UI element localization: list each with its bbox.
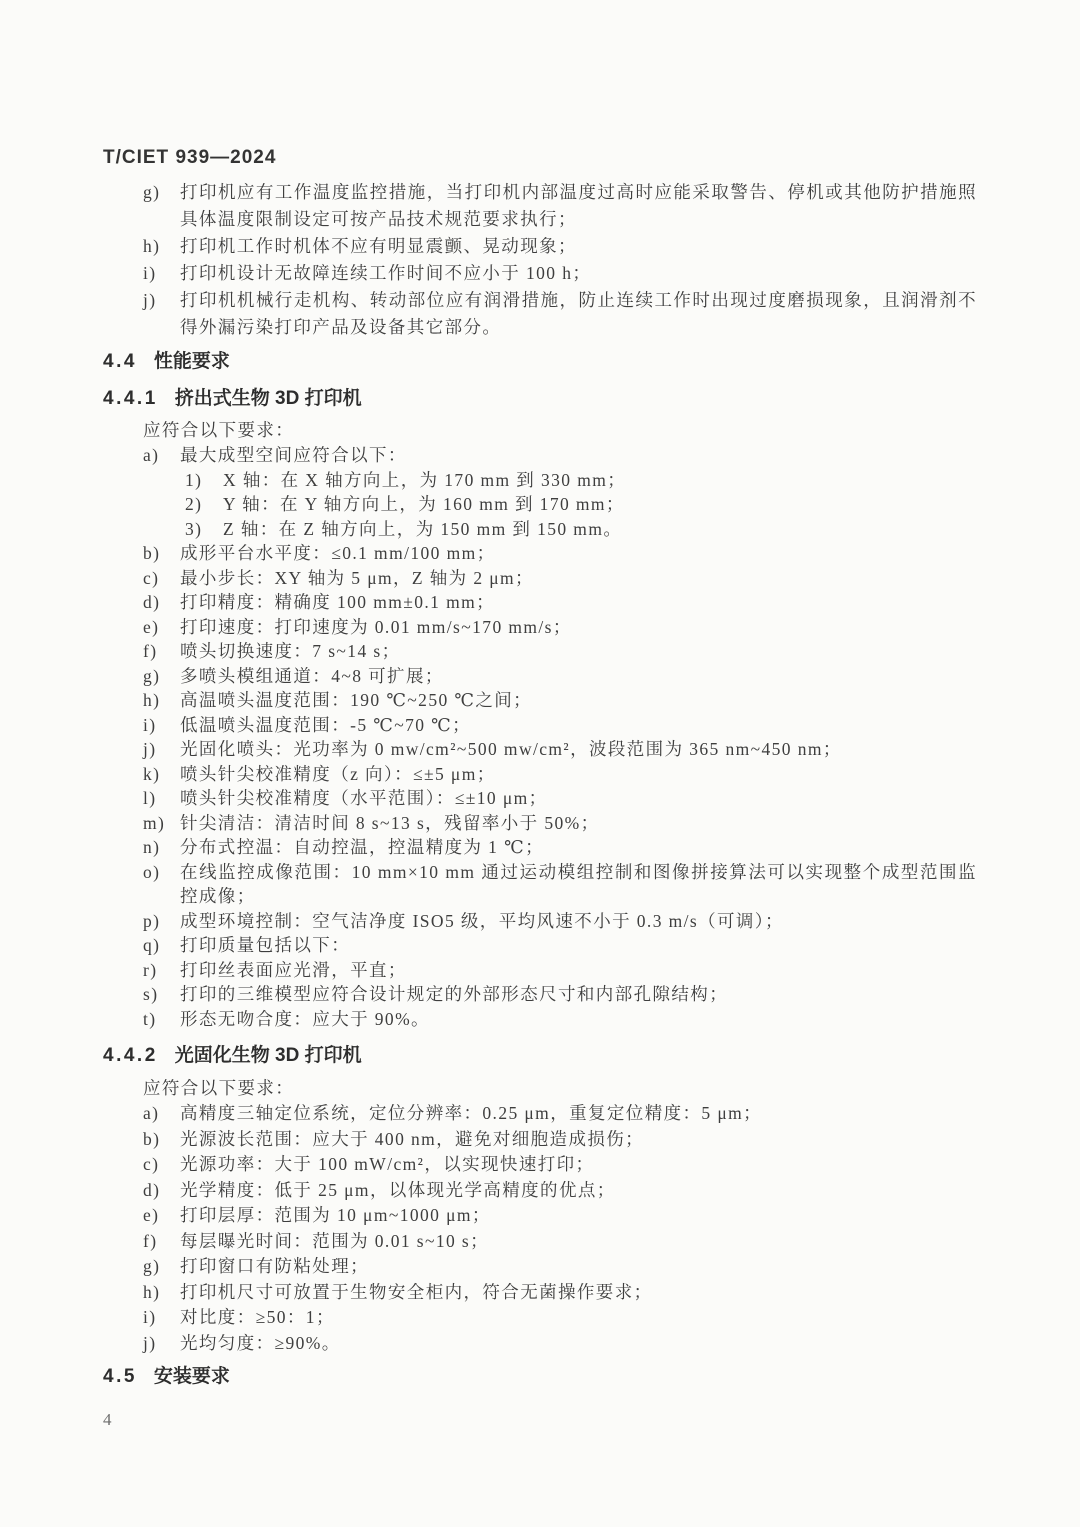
section-title: 安装要求	[154, 1366, 230, 1387]
extrusion-printer-requirements-list: a) 最大成型空间应符合以下： 1) X 轴：在 X 轴方向上，为 170 mm…	[103, 443, 977, 1031]
list-marker: n)	[143, 835, 180, 860]
list-item: q) 打印质量包括以下：	[143, 933, 977, 958]
list-marker: o)	[143, 860, 180, 885]
list-marker: e)	[143, 615, 180, 640]
list-marker: c)	[143, 566, 180, 591]
list-marker: p)	[143, 909, 180, 934]
list-marker: f)	[143, 1229, 180, 1255]
list-item: 2) Y 轴：在 Y 轴方向上，为 160 mm 到 170 mm；	[143, 492, 977, 517]
list-marker: i)	[143, 1305, 180, 1331]
list-item: b) 成形平台水平度：≤0.1 mm/100 mm；	[143, 541, 977, 566]
section-heading-4-4-1: 4.4.1挤出式生物 3D 打印机	[103, 386, 977, 412]
section-title: 挤出式生物 3D 打印机	[175, 388, 362, 409]
list-text: 光源波长范围：应大于 400 nm，避免对细胞造成损伤；	[180, 1127, 977, 1153]
list-text: 最小步长：XY 轴为 5 μm，Z 轴为 2 μm；	[180, 566, 977, 591]
list-marker: j)	[143, 1331, 180, 1357]
list-marker: i)	[143, 260, 180, 287]
list-text: 针尖清洁：清洁时间 8 s~13 s，残留率小于 50%；	[180, 811, 977, 836]
list-text: Z 轴：在 Z 轴方向上，为 150 mm 到 150 mm。	[223, 517, 977, 542]
list-marker: r)	[143, 958, 180, 983]
list-item: g) 多喷头模组通道：4~8 可扩展；	[143, 664, 977, 689]
list-marker: h)	[143, 233, 180, 260]
list-text: 最大成型空间应符合以下：	[180, 443, 977, 468]
list-marker: 1)	[185, 468, 223, 493]
list-marker: q)	[143, 933, 180, 958]
list-item: o) 在线监控成像范围：10 mm×10 mm 通过运动模组控制和图像拼接算法可…	[143, 860, 977, 909]
list-text: 成型环境控制：空气洁净度 ISO5 级，平均风速不小于 0.3 m/s（可调）；	[180, 909, 977, 934]
list-text: 打印速度：打印速度为 0.01 mm/s~170 mm/s；	[180, 615, 977, 640]
list-text: Y 轴：在 Y 轴方向上，为 160 mm 到 170 mm；	[223, 492, 977, 517]
list-text: 打印机应有工作温度监控措施，当打印机内部温度过高时应能采取警告、停机或其他防护措…	[180, 179, 977, 233]
list-text: 每层曝光时间：范围为 0.01 s~10 s；	[180, 1229, 977, 1255]
list-marker: e)	[143, 1203, 180, 1229]
list-text: 光学精度：低于 25 μm，以体现光学高精度的优点；	[180, 1178, 977, 1204]
list-item: i) 低温喷头温度范围：-5 ℃~70 ℃；	[143, 713, 977, 738]
list-item: 1) X 轴：在 X 轴方向上，为 170 mm 到 330 mm；	[143, 468, 977, 493]
list-marker: f)	[143, 639, 180, 664]
section-title: 光固化生物 3D 打印机	[175, 1045, 362, 1066]
section-heading-4-4-2: 4.4.2光固化生物 3D 打印机	[103, 1043, 977, 1069]
list-text: 打印精度：精确度 100 mm±0.1 mm；	[180, 590, 977, 615]
list-item: j) 打印机机械行走机构、转动部位应有润滑措施，防止连续工作时出现过度磨损现象，…	[143, 287, 977, 341]
list-text: 光固化喷头：光功率为 0 mw/cm²~500 mw/cm²，波段范围为 365…	[180, 737, 977, 762]
section-heading-4-4: 4.4性能要求	[103, 349, 977, 375]
list-item: m) 针尖清洁：清洁时间 8 s~13 s，残留率小于 50%；	[143, 811, 977, 836]
list-item: p) 成型环境控制：空气洁净度 ISO5 级，平均风速不小于 0.3 m/s（可…	[143, 909, 977, 934]
list-item: g) 打印机应有工作温度监控措施，当打印机内部温度过高时应能采取警告、停机或其他…	[143, 179, 977, 233]
list-text: 打印的三维模型应符合设计规定的外部形态尺寸和内部孔隙结构；	[180, 982, 977, 1007]
list-text: 成形平台水平度：≤0.1 mm/100 mm；	[180, 541, 977, 566]
general-requirements-list: g) 打印机应有工作温度监控措施，当打印机内部温度过高时应能采取警告、停机或其他…	[103, 179, 977, 341]
list-marker: h)	[143, 1280, 180, 1306]
list-marker: k)	[143, 762, 180, 787]
list-text: 打印机工作时机体不应有明显震颤、晃动现象；	[180, 233, 977, 260]
section-number: 4.5	[103, 1366, 137, 1387]
list-marker: t)	[143, 1007, 180, 1032]
section-number: 4.4.1	[103, 388, 158, 409]
list-marker: 2)	[185, 492, 223, 517]
list-marker: h)	[143, 688, 180, 713]
list-text: 低温喷头温度范围：-5 ℃~70 ℃；	[180, 713, 977, 738]
list-item: l) 喷头针尖校准精度（水平范围）：≤±10 μm；	[143, 786, 977, 811]
list-item: n) 分布式控温：自动控温，控温精度为 1 ℃；	[143, 835, 977, 860]
list-item: s) 打印的三维模型应符合设计规定的外部形态尺寸和内部孔隙结构；	[143, 982, 977, 1007]
list-text: 喷头针尖校准精度（水平范围）：≤±10 μm；	[180, 786, 977, 811]
list-item: d) 光学精度：低于 25 μm，以体现光学高精度的优点；	[143, 1178, 977, 1204]
section-number: 4.4.2	[103, 1045, 158, 1066]
list-text: 形态无吻合度：应大于 90%。	[180, 1007, 977, 1032]
list-item: t) 形态无吻合度：应大于 90%。	[143, 1007, 977, 1032]
list-item: h) 高温喷头温度范围：190 ℃~250 ℃之间；	[143, 688, 977, 713]
list-item: f) 每层曝光时间：范围为 0.01 s~10 s；	[143, 1229, 977, 1255]
list-text: 对比度：≥50：1；	[180, 1305, 977, 1331]
list-marker: l)	[143, 786, 180, 811]
photocuring-printer-requirements-list: a) 高精度三轴定位系统，定位分辨率：0.25 μm，重复定位精度：5 μm； …	[103, 1101, 977, 1356]
section-intro: 应符合以下要求：	[103, 1076, 977, 1101]
list-item: h) 打印机工作时机体不应有明显震颤、晃动现象；	[143, 233, 977, 260]
list-item: i) 打印机设计无故障连续工作时间不应小于 100 h；	[143, 260, 977, 287]
list-item: e) 打印层厚：范围为 10 μm~1000 μm；	[143, 1203, 977, 1229]
list-item: g) 打印窗口有防粘处理；	[143, 1254, 977, 1280]
list-marker: a)	[143, 443, 180, 468]
list-text: 喷头切换速度：7 s~14 s；	[180, 639, 977, 664]
list-marker: g)	[143, 1254, 180, 1280]
list-marker: i)	[143, 713, 180, 738]
list-item: k) 喷头针尖校准精度（z 向）：≤±5 μm；	[143, 762, 977, 787]
list-text: 打印丝表面应光滑，平直；	[180, 958, 977, 983]
page-content: T/CIET 939—2024 g) 打印机应有工作温度监控措施，当打印机内部温…	[103, 147, 977, 1432]
list-text: 光源功率：大于 100 mW/cm²，以实现快速打印；	[180, 1152, 977, 1178]
document-page: T/CIET 939—2024 g) 打印机应有工作温度监控措施，当打印机内部温…	[0, 0, 1080, 1527]
list-item: i) 对比度：≥50：1；	[143, 1305, 977, 1331]
list-item: h) 打印机尺寸可放置于生物安全柜内，符合无菌操作要求；	[143, 1280, 977, 1306]
section-intro: 应符合以下要求：	[103, 418, 977, 443]
list-text: 打印质量包括以下：	[180, 933, 977, 958]
list-marker: g)	[143, 179, 180, 206]
list-marker: j)	[143, 287, 180, 314]
list-text: 打印层厚：范围为 10 μm~1000 μm；	[180, 1203, 977, 1229]
list-text: X 轴：在 X 轴方向上，为 170 mm 到 330 mm；	[223, 468, 977, 493]
list-text: 在线监控成像范围：10 mm×10 mm 通过运动模组控制和图像拼接算法可以实现…	[180, 860, 977, 909]
list-item: j) 光固化喷头：光功率为 0 mw/cm²~500 mw/cm²，波段范围为 …	[143, 737, 977, 762]
list-item: j) 光均匀度：≥90%。	[143, 1331, 977, 1357]
page-number: 4	[103, 1408, 977, 1432]
list-item: a) 最大成型空间应符合以下：	[143, 443, 977, 468]
list-marker: j)	[143, 737, 180, 762]
list-item: a) 高精度三轴定位系统，定位分辨率：0.25 μm，重复定位精度：5 μm；	[143, 1101, 977, 1127]
list-text: 多喷头模组通道：4~8 可扩展；	[180, 664, 977, 689]
list-text: 打印机尺寸可放置于生物安全柜内，符合无菌操作要求；	[180, 1280, 977, 1306]
list-item: f) 喷头切换速度：7 s~14 s；	[143, 639, 977, 664]
list-marker: m)	[143, 811, 180, 836]
list-item: 3) Z 轴：在 Z 轴方向上，为 150 mm 到 150 mm。	[143, 517, 977, 542]
list-text: 分布式控温：自动控温，控温精度为 1 ℃；	[180, 835, 977, 860]
list-marker: d)	[143, 1178, 180, 1204]
list-item: c) 最小步长：XY 轴为 5 μm，Z 轴为 2 μm；	[143, 566, 977, 591]
list-marker: b)	[143, 541, 180, 566]
list-text: 打印机机械行走机构、转动部位应有润滑措施，防止连续工作时出现过度磨损现象，且润滑…	[180, 287, 977, 341]
doc-code: T/CIET 939—2024	[103, 147, 977, 169]
list-text: 高精度三轴定位系统，定位分辨率：0.25 μm，重复定位精度：5 μm；	[180, 1101, 977, 1127]
list-marker: a)	[143, 1101, 180, 1127]
list-item: e) 打印速度：打印速度为 0.01 mm/s~170 mm/s；	[143, 615, 977, 640]
list-marker: b)	[143, 1127, 180, 1153]
list-text: 高温喷头温度范围：190 ℃~250 ℃之间；	[180, 688, 977, 713]
list-marker: c)	[143, 1152, 180, 1178]
section-number: 4.4	[103, 351, 137, 372]
list-item: d) 打印精度：精确度 100 mm±0.1 mm；	[143, 590, 977, 615]
list-marker: d)	[143, 590, 180, 615]
list-marker: g)	[143, 664, 180, 689]
list-text: 打印窗口有防粘处理；	[180, 1254, 977, 1280]
section-title: 性能要求	[154, 351, 230, 372]
list-text: 喷头针尖校准精度（z 向）：≤±5 μm；	[180, 762, 977, 787]
section-heading-4-5: 4.5安装要求	[103, 1364, 977, 1390]
list-item: c) 光源功率：大于 100 mW/cm²，以实现快速打印；	[143, 1152, 977, 1178]
list-marker: s)	[143, 982, 180, 1007]
list-item: b) 光源波长范围：应大于 400 nm，避免对细胞造成损伤；	[143, 1127, 977, 1153]
list-marker: 3)	[185, 517, 223, 542]
list-text: 光均匀度：≥90%。	[180, 1331, 977, 1357]
list-text: 打印机设计无故障连续工作时间不应小于 100 h；	[180, 260, 977, 287]
list-item: r) 打印丝表面应光滑，平直；	[143, 958, 977, 983]
